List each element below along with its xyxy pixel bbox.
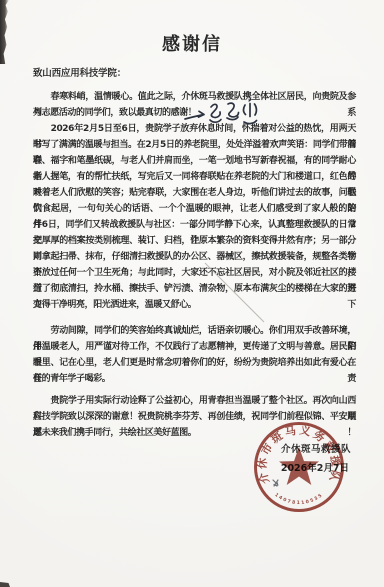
stamp-star-icon [279,447,319,485]
letter-line: 劳动间隙，同学们的笑容始终真诚灿烂，话语亲切暖心。你们用双手改善环境，用陪 [33,323,356,339]
paragraph: 2026年2月5日至6日，贵院学子放弃休息时间，怀揣着对公益的热忱，用两天时间书… [33,121,356,313]
letter-line: 老人握笔，有的帮忙扶纸，写完后又一同将春联贴在养老院的大门和楼道口，红色的对联 [33,169,356,185]
pen-marks [273,480,278,486]
letter-line: 贵院学子用实际行动诠释了公益初心，用青春担当温暖了整个社区。再次向山西应用 [33,393,356,409]
letter-line: 不放过任何一个卫生死角；与此同时，大家还不忘社区居民，对小院及邻近社区的楼道进 [33,265,356,281]
scan-artifact-bottom-left [0,582,10,587]
stamp-serial-number: 14078110535 [273,492,324,506]
letter-line: 眼里、记在心里，老人们更是时常念叨着你们的好，纷纷为贵院培养出如此有爱心、有责 [33,355,356,371]
salutation: 致山西应用科技学院： [33,66,356,82]
letter-title: 感谢信 [0,30,384,56]
letter-line: 月6日，同学们又转战救援队与社区：一部分同学静下心来，认真整理救援队的日常文件， [33,217,356,233]
letter-line: 则拿起扫帚、抹布，仔细清扫救援队的办公区、器械区，擦拭救援装备，规整各类物资， [33,249,356,265]
letter-line: 书写了满满的温暖与担当。在2月5日的养老院里，处处洋溢着欢声笑语：同学们带着春 [33,137,356,153]
official-seal-stamp: 介休市斑马义务救援队 14078110535 [251,420,347,516]
letter-line: 伴温暖老人，用严谨对待工作，不仅践行了志愿精神，更传递了文明与善意。居民们看在 [33,339,356,355]
letter-line: 饮食起居，一句句关心的话语、一个个温暖的眼神，让老人们感受到了家人般的陪伴。2 [33,201,356,217]
paragraph: 劳动间隙，同学们的笑容始终真诚灿烂，话语亲切暖心。你们用双手改善环境，用陪伴温暖… [33,323,356,387]
letter-line: 映着老人们欣慰的笑容；贴完春联，大家围在老人身边，听他们讲过去的故事，问他们的 [33,185,356,201]
letter-line: 行了彻底清扫，拎水桶、擦扶手、铲污渍、清杂物，原本布满灰尘的楼梯在大家的努力下 [33,281,356,297]
scanned-letter-page: 感谢信 致山西应用科技学院： 春寒料峭，温情暖心。值此之际，介休斑马救援队携全体… [0,0,384,587]
handwritten-signature [183,98,261,128]
letter-line: 联、福字和笔墨纸砚，与老人们并肩而坐，一笔一划地书写新春祝福，有的同学耐心指导 [33,153,356,169]
letter-body: 春寒料峭，温情暖心。值此之际，介休斑马救援队携全体社区居民，向贵院及参与系列志愿… [33,89,356,441]
letter-line: 把厚厚的档案按类别梳理、装订、归档，让原本繁杂的资料变得井然有序；另一部分同学 [33,233,356,249]
